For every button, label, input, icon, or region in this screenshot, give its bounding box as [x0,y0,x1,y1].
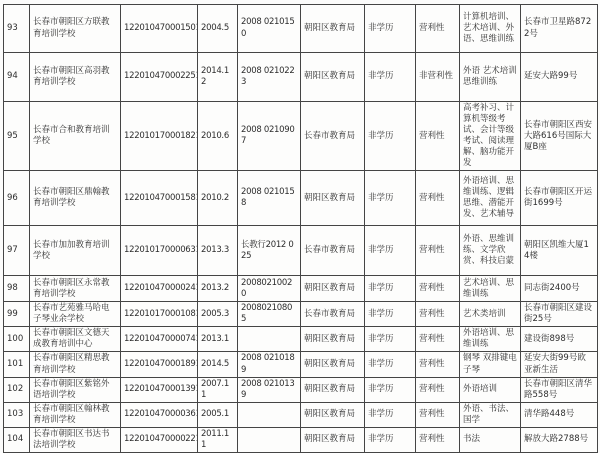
cell-profit: 营利性 [416,352,460,377]
cell-category: 非学历 [365,53,416,102]
cell-license: 122010470001391 [121,377,198,402]
cell-no: 96 [4,171,30,226]
cell-name: 长春市朝阳区永常教育培训学校 [30,276,121,302]
cell-address: 长春市朝阳区西安大路616号国际大厦B座 [521,102,598,171]
cell-authority: 长春市教育局 [301,226,365,276]
cell-address: 长春市朝阳区清华路558号 [521,377,598,402]
cell-name: 长春市朝阳区文德天成教育培训中心 [30,327,121,352]
cell-category: 非学历 [365,402,416,425]
cell-training: 外语培训、思维训练、逻辑思维、潜能开发、艺术辅导 [460,171,521,226]
cell-license: 122010170000631 [121,226,198,276]
cell-profit: 营利性 [416,302,460,327]
cell-name: 长春市朝阳区鼎翰教育培训学校 [30,171,121,226]
cell-profit: 非营利性 [416,53,460,102]
cell-profit: 营利性 [416,102,460,171]
cell-cert [238,402,301,425]
cell-license: 122010470000361 [121,402,198,425]
cell-authority: 朝阳区教育局 [301,53,365,102]
cell-category: 非学历 [365,5,416,53]
cell-license: 122010170001821 [121,102,198,171]
cell-category: 非学历 [365,226,416,276]
table-row: 100长春市朝阳区文德天成教育培训中心1220104700007412013.1… [4,327,598,352]
table-row: 97长春市加加教育培训学校1220101700006312013.3长教行201… [4,226,598,276]
cell-category: 非学历 [365,327,416,352]
cell-training: 外语、思维训练、文学欣赏、科技启蒙 [460,226,521,276]
cell-training: 艺术培训、思维训练 [460,276,521,302]
cell-address: 延安大街99号欧亚新生活 [521,352,598,377]
cell-profit: 营利性 [416,276,460,302]
cell-address: 建设街898号 [521,327,598,352]
cell-address: 延安大路99号 [521,53,598,102]
cell-cert: 20080210020 [238,276,301,302]
cell-cert: 2008 0210907 [238,102,301,171]
table-row: 98长春市朝阳区永常教育培训学校1220104700002412013.2200… [4,276,598,302]
cell-profit: 营利性 [416,327,460,352]
cell-date: 2013.3 [198,226,238,276]
cell-category: 非学历 [365,102,416,171]
cell-name: 长春市朝阳区方联教育培训学校 [30,5,121,53]
cell-date: 2013.2 [198,276,238,302]
table-row: 93长春市朝阳区方联教育培训学校1220104700015012004.5200… [4,5,598,53]
cell-no: 94 [4,53,30,102]
cell-cert: 2008 0210139 [238,377,301,402]
table-row: 101长春市朝阳区精思教育培训学校1220104700018912014.520… [4,352,598,377]
table-row: 94长春市朝阳区高羽教育培训学校1220104700022512014.1220… [4,53,598,102]
cell-name: 长春市加加教育培训学校 [30,226,121,276]
table-row: 103长春市朝阳区翰林教育培训学校1220104700003612005.1朝阳… [4,402,598,425]
cell-address: 长春市朝阳区建设街25号 [521,302,598,327]
cell-date: 2005.1 [198,402,238,425]
cell-no: 103 [4,402,30,425]
cell-date: 2010.2 [198,171,238,226]
cell-cert: 2008 0210189 [238,352,301,377]
cell-cert: 20080210805 [238,302,301,327]
cell-category: 非学历 [365,171,416,226]
cell-training: 计算机培训、艺术培训、外语、思维训练 [460,5,521,53]
cell-category: 非学历 [365,352,416,377]
cell-name: 长春市朝阳区翰林教育培训学校 [30,402,121,425]
cell-date: 2007.11 [198,377,238,402]
cell-license: 122010470002251 [121,53,198,102]
cell-name: 长春市合和教育培训学校 [30,102,121,171]
cell-profit: 营利性 [416,377,460,402]
cell-name: 长春市朝阳区精思教育培训学校 [30,352,121,377]
cell-cert [238,327,301,352]
cell-authority: 朝阳区教育局 [301,377,365,402]
cell-cert: 2008 0210150 [238,5,301,53]
cell-name: 长春市朝阳区高羽教育培训学校 [30,53,121,102]
cell-training: 外语培训、思维训练 [460,327,521,352]
cell-license: 122010470000741 [121,327,198,352]
cell-profit: 营利性 [416,171,460,226]
training-schools-table: 93长春市朝阳区方联教育培训学校1220104700015012004.5200… [3,4,598,425]
cell-address: 长春市朝阳区开运街1699号 [521,171,598,226]
cell-cert: 2008 0210223 [238,53,301,102]
cell-authority: 长春市教育局 [301,102,365,171]
cell-date: 2005.3 [198,302,238,327]
table-body: 93长春市朝阳区方联教育培训学校1220104700015012004.5200… [4,5,598,426]
cell-date: 2013.1 [198,327,238,352]
cell-training: 外语、书法、国学 [460,402,521,425]
table-row: 99长春市艺苑雅马哈电子琴业余学校1220101700010812005.320… [4,302,598,327]
cell-no: 101 [4,352,30,377]
cell-license: 122010470001891 [121,352,198,377]
cell-date: 2010.6 [198,102,238,171]
cell-no: 98 [4,276,30,302]
cell-address: 长春市卫星路8722号 [521,5,598,53]
cell-training: 高考补习、计算机等级考试、会计等级考试、阅读理解、脑功能开发 [460,102,521,171]
cell-date: 2014.5 [198,352,238,377]
cell-authority: 朝阳区教育局 [301,352,365,377]
cell-no: 97 [4,226,30,276]
cell-profit: 营利性 [416,402,460,425]
table-row: 96长春市朝阳区鼎翰教育培训学校1220104700015812010.2200… [4,171,598,226]
cell-training: 钢琴 双排键电子琴 [460,352,521,377]
cell-address: 朝阳区凯维大厦14楼 [521,226,598,276]
cell-no: 99 [4,302,30,327]
cell-no: 102 [4,377,30,402]
cell-no: 100 [4,327,30,352]
cell-authority: 朝阳区教育局 [301,402,365,425]
cell-license: 122010470001501 [121,5,198,53]
cell-authority: 朝阳区教育局 [301,276,365,302]
cell-profit: 营利性 [416,226,460,276]
cell-license: 122010470000241 [121,276,198,302]
cell-category: 非学历 [365,302,416,327]
table-row: 95长春市合和教育培训学校1220101700018212010.62008 0… [4,102,598,171]
cell-profit: 营利性 [416,5,460,53]
cell-license: 122010470001581 [121,171,198,226]
cell-no: 95 [4,102,30,171]
cell-category: 非学历 [365,276,416,302]
cell-no: 93 [4,5,30,53]
cell-address: 清华路448号 [521,402,598,425]
cell-authority: 长春市教育局 [301,302,365,327]
cell-name: 长春市朝阳区紫铭外语培训学校 [30,377,121,402]
table-row: 102长春市朝阳区紫铭外语培训学校1220104700013912007.112… [4,377,598,402]
cell-training: 外语培训 [460,377,521,402]
scanned-document-page: 93长春市朝阳区方联教育培训学校1220104700015012004.5200… [0,0,600,425]
cell-name: 长春市艺苑雅马哈电子琴业余学校 [30,302,121,327]
cell-authority: 朝阳区教育局 [301,171,365,226]
cell-training: 艺术类培训 [460,302,521,327]
cell-license: 122010170001081 [121,302,198,327]
cell-training: 外语 艺术培训 思维训练 [460,53,521,102]
cell-cert: 长教行2012 025 [238,226,301,276]
cell-authority: 朝阳区教育局 [301,5,365,53]
cell-date: 2014.12 [198,53,238,102]
cell-category: 非学历 [365,377,416,402]
cell-cert: 2008 0210158 [238,171,301,226]
cell-authority: 朝阳区教育局 [301,327,365,352]
cell-address: 同志街2400号 [521,276,598,302]
cell-date: 2004.5 [198,5,238,53]
